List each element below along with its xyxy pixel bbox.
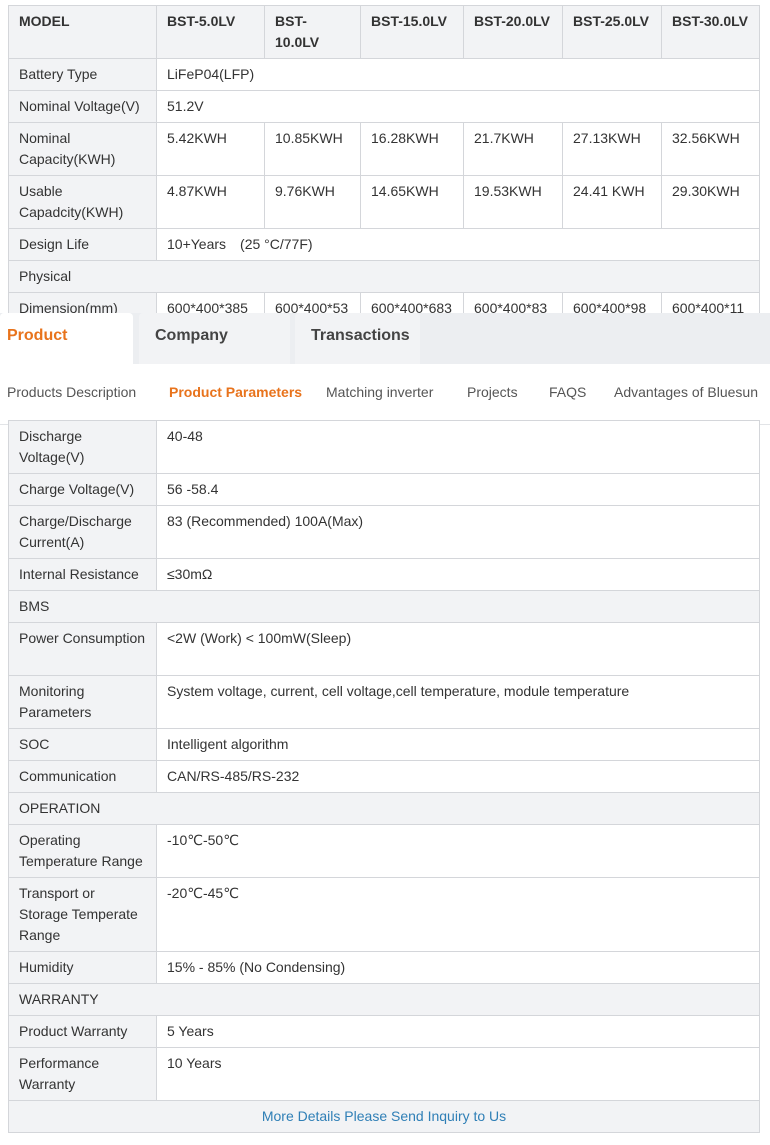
section-bms: BMS xyxy=(9,591,760,623)
cell-value: 16.28KWH xyxy=(361,123,464,176)
header-model-2: BST-10.0LV xyxy=(265,6,361,59)
section-warranty: WARRANTY xyxy=(9,984,760,1016)
nav-products-description[interactable]: Products Description xyxy=(7,384,136,400)
cell-value: 32.56KWH xyxy=(662,123,760,176)
row-value: 10+Years (25 °C/77F) xyxy=(157,229,760,261)
cell-value: 29.30KWH xyxy=(662,176,760,229)
table-row: Nominal Capacity(KWH) 5.42KWH 10.85KWH 1… xyxy=(9,123,760,176)
row-label: Nominal Capacity(KWH) xyxy=(9,123,157,176)
table-row: Operating Temperature Range -10℃-50℃ xyxy=(9,825,760,878)
tab-company-profile[interactable]: Company profile xyxy=(139,313,290,364)
footer-row: More Details Please Send Inquiry to Us xyxy=(9,1101,760,1133)
header-model-3: BST-15.0LV xyxy=(361,6,464,59)
table-row: Internal Resistance ≤30mΩ xyxy=(9,559,760,591)
cell-value: 9.76KWH xyxy=(265,176,361,229)
row-value: <2W (Work) < 100mW(Sleep) xyxy=(157,623,760,676)
nav-faqs[interactable]: FAQS xyxy=(549,384,586,400)
row-label: Power Consumption xyxy=(9,623,157,676)
nav-product-parameters[interactable]: Product Parameters xyxy=(169,384,302,400)
row-value: 40-48 xyxy=(157,421,760,474)
tab-product-details[interactable]: Product details xyxy=(0,313,133,364)
row-value: 15% - 85% (No Condensing) xyxy=(157,952,760,984)
spec-table-bottom: Discharge Voltage(V) 40-48 Charge Voltag… xyxy=(8,420,760,1133)
header-model-4: BST-20.0LV xyxy=(464,6,563,59)
row-value: CAN/RS-485/RS-232 xyxy=(157,761,760,793)
row-value: ≤30mΩ xyxy=(157,559,760,591)
section-row: WARRANTY xyxy=(9,984,760,1016)
header-model-6: BST-30.0LV xyxy=(662,6,760,59)
section-row: OPERATION xyxy=(9,793,760,825)
row-value: Intelligent algorithm xyxy=(157,729,760,761)
spec-table-top: MODEL BST-5.0LV BST-10.0LV BST-15.0LV BS… xyxy=(8,5,760,346)
cell-value: 24.41 KWH xyxy=(563,176,662,229)
row-value: System voltage, current, cell voltage,ce… xyxy=(157,676,760,729)
main-tab-bar: Product details Company profile Transact… xyxy=(0,313,770,364)
row-label: Charge/Discharge Current(A) xyxy=(9,506,157,559)
cell-value: 10.85KWH xyxy=(265,123,361,176)
table-row: Nominal Voltage(V) 51.2V xyxy=(9,91,760,123)
row-label: Internal Resistance xyxy=(9,559,157,591)
table-row: Charge/Discharge Current(A) 83 (Recommen… xyxy=(9,506,760,559)
section-row: BMS xyxy=(9,591,760,623)
section-row: Physical xyxy=(9,261,760,293)
section-physical: Physical xyxy=(9,261,760,293)
table-row: SOC Intelligent algorithm xyxy=(9,729,760,761)
table-row: Charge Voltage(V) 56 -58.4 xyxy=(9,474,760,506)
row-label: Battery Type xyxy=(9,59,157,91)
row-label: Nominal Voltage(V) xyxy=(9,91,157,123)
row-label: Usable Capadcity(KWH) xyxy=(9,176,157,229)
table-row: Transport or Storage Temperate Range -20… xyxy=(9,878,760,952)
table-row: Monitoring Parameters System voltage, cu… xyxy=(9,676,760,729)
cell-value: 4.87KWH xyxy=(157,176,265,229)
header-model-1: BST-5.0LV xyxy=(157,6,265,59)
row-label: Discharge Voltage(V) xyxy=(9,421,157,474)
row-label: Operating Temperature Range xyxy=(9,825,157,878)
row-label: Performance Warranty xyxy=(9,1048,157,1101)
cell-value: 5.42KWH xyxy=(157,123,265,176)
row-value: 56 -58.4 xyxy=(157,474,760,506)
row-label: Transport or Storage Temperate Range xyxy=(9,878,157,952)
table-row: Humidity 15% - 85% (No Condensing) xyxy=(9,952,760,984)
row-label: Charge Voltage(V) xyxy=(9,474,157,506)
row-label: Communication xyxy=(9,761,157,793)
table-header-row: MODEL BST-5.0LV BST-10.0LV BST-15.0LV BS… xyxy=(9,6,760,59)
row-label: Design Life xyxy=(9,229,157,261)
row-label: SOC xyxy=(9,729,157,761)
row-value: 83 (Recommended) 100A(Max) xyxy=(157,506,760,559)
nav-projects[interactable]: Projects xyxy=(467,384,518,400)
cell-value: 14.65KWH xyxy=(361,176,464,229)
nav-advantages[interactable]: Advantages of Bluesun xyxy=(614,384,758,400)
table-row: Performance Warranty 10 Years xyxy=(9,1048,760,1101)
cell-value: 19.53KWH xyxy=(464,176,563,229)
footer-cell: More Details Please Send Inquiry to Us xyxy=(9,1101,760,1133)
tab-transactions[interactable]: Transactions xyxy=(295,313,420,364)
section-operation: OPERATION xyxy=(9,793,760,825)
table-row: Communication CAN/RS-485/RS-232 xyxy=(9,761,760,793)
row-label: Humidity xyxy=(9,952,157,984)
row-value: 51.2V xyxy=(157,91,760,123)
inquiry-link[interactable]: More Details Please Send Inquiry to Us xyxy=(262,1108,506,1124)
row-label: Product Warranty xyxy=(9,1016,157,1048)
row-value: 5 Years xyxy=(157,1016,760,1048)
row-value: -10℃-50℃ xyxy=(157,825,760,878)
header-model-5: BST-25.0LV xyxy=(563,6,662,59)
row-label: Monitoring Parameters xyxy=(9,676,157,729)
cell-value: 27.13KWH xyxy=(563,123,662,176)
row-value: -20℃-45℃ xyxy=(157,878,760,952)
row-value: LiFeP04(LFP) xyxy=(157,59,760,91)
section-nav: Products Description Product Parameters … xyxy=(0,364,770,425)
table-row: Design Life 10+Years (25 °C/77F) xyxy=(9,229,760,261)
nav-matching-inverter[interactable]: Matching inverter xyxy=(326,384,433,400)
header-model: MODEL xyxy=(9,6,157,59)
table-row: Product Warranty 5 Years xyxy=(9,1016,760,1048)
table-row: Battery Type LiFeP04(LFP) xyxy=(9,59,760,91)
table-row: Discharge Voltage(V) 40-48 xyxy=(9,421,760,474)
table-row: Power Consumption <2W (Work) < 100mW(Sle… xyxy=(9,623,760,676)
cell-value: 21.7KWH xyxy=(464,123,563,176)
row-value: 10 Years xyxy=(157,1048,760,1101)
table-row: Usable Capadcity(KWH) 4.87KWH 9.76KWH 14… xyxy=(9,176,760,229)
